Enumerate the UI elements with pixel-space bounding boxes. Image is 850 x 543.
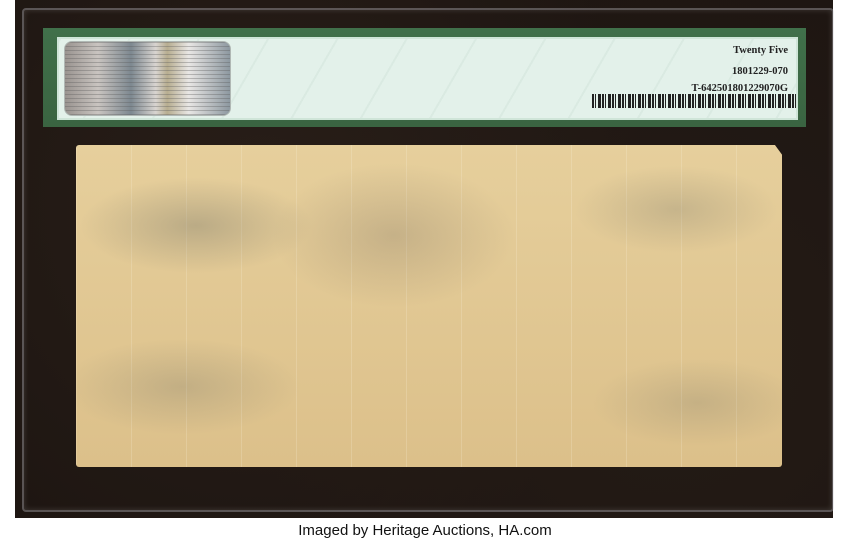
hologram-icon	[64, 41, 231, 116]
banknote-back	[76, 145, 782, 467]
barcode-text: T-642501801229070G	[692, 83, 788, 94]
barcode-icon	[592, 94, 796, 108]
denomination-text: Twenty Five	[733, 45, 788, 56]
image-credit-caption: Imaged by Heritage Auctions, HA.com	[0, 522, 850, 539]
cert-number: 1801229-070	[732, 66, 788, 77]
